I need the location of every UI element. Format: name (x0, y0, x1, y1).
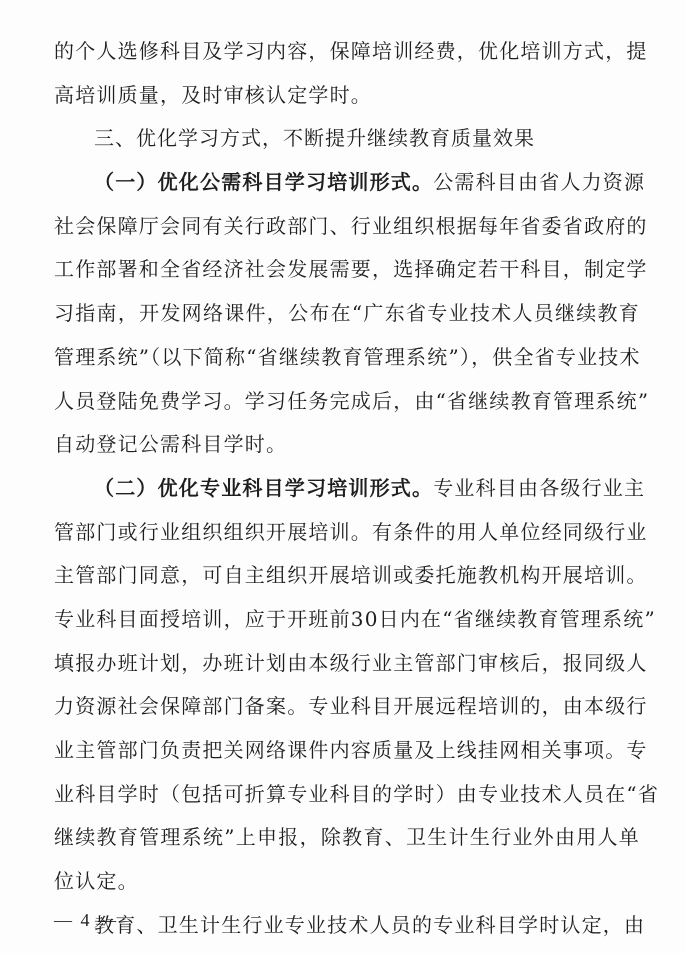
subsection-line: （二）优化专业科目学习培训形式。专业科目由各级行业主 (54, 467, 640, 511)
body-line: 力资源社会保障部门备案。专业科目开展远程培训的，由本级行 (54, 685, 640, 729)
body-line: 业科目学时（包括可折算专业科目的学时）由专业技术人员在“省 (54, 773, 640, 817)
body-line: 社会保障厅会同有关行政部门、行业组织根据每年省委省政府的 (54, 205, 640, 249)
body-line: 习指南，开发网络课件，公布在“广东省专业技术人员继续教育 (54, 292, 640, 336)
body-line: 高培训质量，及时审核认定学时。 (54, 74, 640, 118)
body-line: 人员登陆免费学习。学习任务完成后，由“省继续教育管理系统” (54, 380, 640, 424)
body-line: 管部门或行业组织组织开展培训。有条件的用人单位经同级行业 (54, 511, 640, 555)
body-line: 填报办班计划，办班计划由本级行业主管部门审核后，报同级人 (54, 642, 640, 686)
body-line: 专业科目面授培训，应于开班前30日内在“省继续教育管理系统” (54, 598, 640, 642)
body-line: 自动登记公需科目学时。 (54, 423, 640, 467)
body-text: 公需科目由省人力资源 (433, 170, 645, 194)
body-line: 主管部门同意，可自主组织开展培训或委托施教机构开展培训。 (54, 554, 640, 598)
body-line: 位认定。 (54, 860, 640, 904)
subsection-line: （一）优化公需科目学习培训形式。公需科目由省人力资源 (54, 161, 640, 205)
body-line: 工作部署和全省经济社会发展需要，选择确定若干科目，制定学 (54, 248, 640, 292)
subsection-title: （一）优化公需科目学习培训形式。 (94, 170, 433, 194)
body-line: 业主管部门负责把关网络课件内容质量及上线挂网相关事项。专 (54, 729, 640, 773)
body-line: 管理系统”（以下简称“省继续教育管理系统”），供全省专业技术 (54, 336, 640, 380)
section-heading: 三、优化学习方式，不断提升继续教育质量效果 (54, 117, 640, 161)
body-line: 继续教育管理系统”上申报，除教育、卫生计生行业外由用人单 (54, 816, 640, 860)
page-number: — 4 — (54, 910, 118, 931)
subsection-title: （二）优化专业科目学习培训形式。 (94, 476, 433, 500)
body-text: 专业科目由各级行业主 (433, 476, 645, 500)
document-page: 的个人选修科目及学习内容，保障培训经费，优化培训方式，提 高培训质量，及时审核认… (54, 30, 640, 947)
body-line: 教育、卫生计生行业专业技术人员的专业科目学时认定，由 (54, 904, 640, 948)
body-line: 的个人选修科目及学习内容，保障培训经费，优化培训方式，提 (54, 30, 640, 74)
